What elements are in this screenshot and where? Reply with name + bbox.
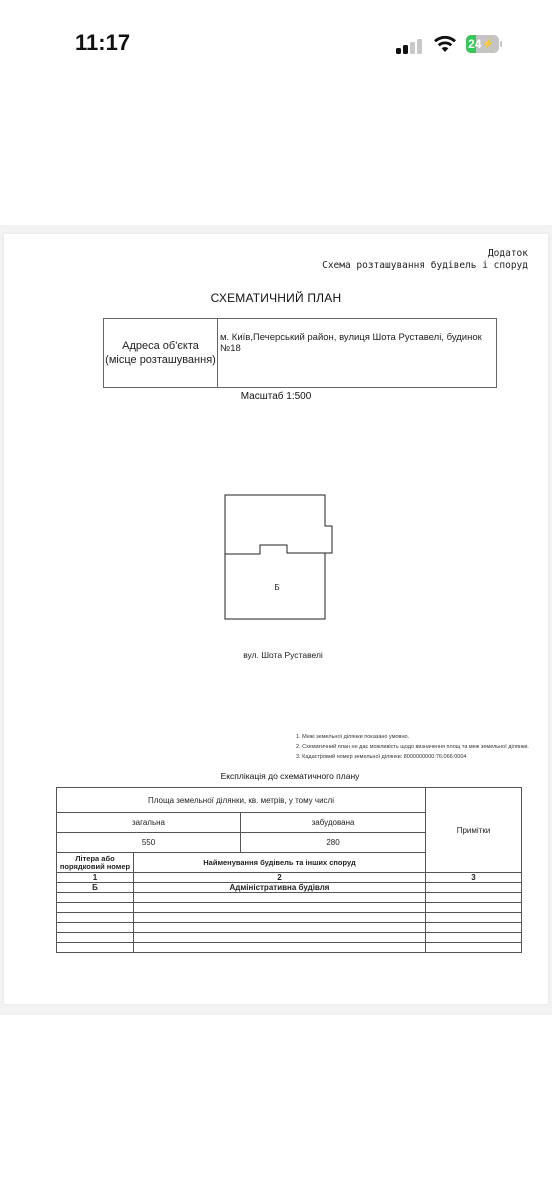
row-letter: Б <box>57 883 134 893</box>
table-row-empty <box>57 903 522 913</box>
appendix-heading: Додаток Схема розташування будівель і сп… <box>322 248 528 272</box>
built-area-value: 280 <box>241 833 426 853</box>
table-row-empty <box>57 943 522 953</box>
table-row: БАдміністративна будівля <box>57 883 522 893</box>
letter-header: Літера або порядковий номер <box>57 853 134 873</box>
table-row-empty <box>57 933 522 943</box>
address-label: Адреса об'єкта (місце розташування) <box>104 319 218 387</box>
col-number-3: 3 <box>426 873 522 883</box>
footnote-2: 2. Схематичний план не дає можливість що… <box>296 742 529 752</box>
page-title: СХЕМАТИЧНИЙ ПЛАН <box>4 291 548 305</box>
name-header: Найменування будівель та інших споруд <box>134 853 426 873</box>
explication-table: Площа земельної ділянки, кв. метрів, у т… <box>56 787 522 953</box>
table-row-empty <box>57 913 522 923</box>
footnotes: 1. Межі земельної ділянки показано умовн… <box>296 732 529 762</box>
appendix-line-1: Додаток <box>322 248 528 260</box>
cellular-signal-icon <box>396 38 422 54</box>
wifi-icon <box>434 35 456 53</box>
battery-level: 24 <box>468 37 481 51</box>
footnote-1: 1. Межі земельної ділянки показано умовн… <box>296 732 529 742</box>
footnote-3: 3. Кадастровий номер земельної ділянки: … <box>296 752 529 762</box>
notes-header: Примітки <box>426 788 522 873</box>
col-number-2: 2 <box>134 873 426 883</box>
battery-nub <box>500 41 502 47</box>
table-row-empty <box>57 893 522 903</box>
building-plan-drawing: Б <box>222 492 342 622</box>
total-area-value: 550 <box>57 833 241 853</box>
row-note <box>426 883 522 893</box>
address-table: Адреса об'єкта (місце розташування) м. К… <box>103 318 497 388</box>
appendix-line-2: Схема розташування будівель і споруд <box>322 260 528 272</box>
street-label: вул. Шота Руставелі <box>4 650 548 660</box>
address-value: м. Київ,Печерський район, вулиця Шота Ру… <box>218 319 496 387</box>
area-header: Площа земельної ділянки, кв. метрів, у т… <box>57 788 426 813</box>
status-time: 11:17 <box>75 30 130 56</box>
table-row-empty <box>57 923 522 933</box>
building-label: Б <box>274 583 279 592</box>
row-name: Адміністративна будівля <box>134 883 426 893</box>
document-page[interactable]: Додаток Схема розташування будівель і сп… <box>4 234 548 1004</box>
status-bar: 11:17 24⚡ <box>0 0 552 90</box>
battery-charging-icon: 24⚡ <box>466 35 499 53</box>
charging-bolt-icon: ⚡ <box>481 39 493 50</box>
explication-title: Експлікація до схематичного плану <box>4 771 548 781</box>
total-area-label: загальна <box>57 813 241 833</box>
built-area-label: забудована <box>241 813 426 833</box>
col-number-1: 1 <box>57 873 134 883</box>
scale-label: Масштаб 1:500 <box>4 391 548 402</box>
